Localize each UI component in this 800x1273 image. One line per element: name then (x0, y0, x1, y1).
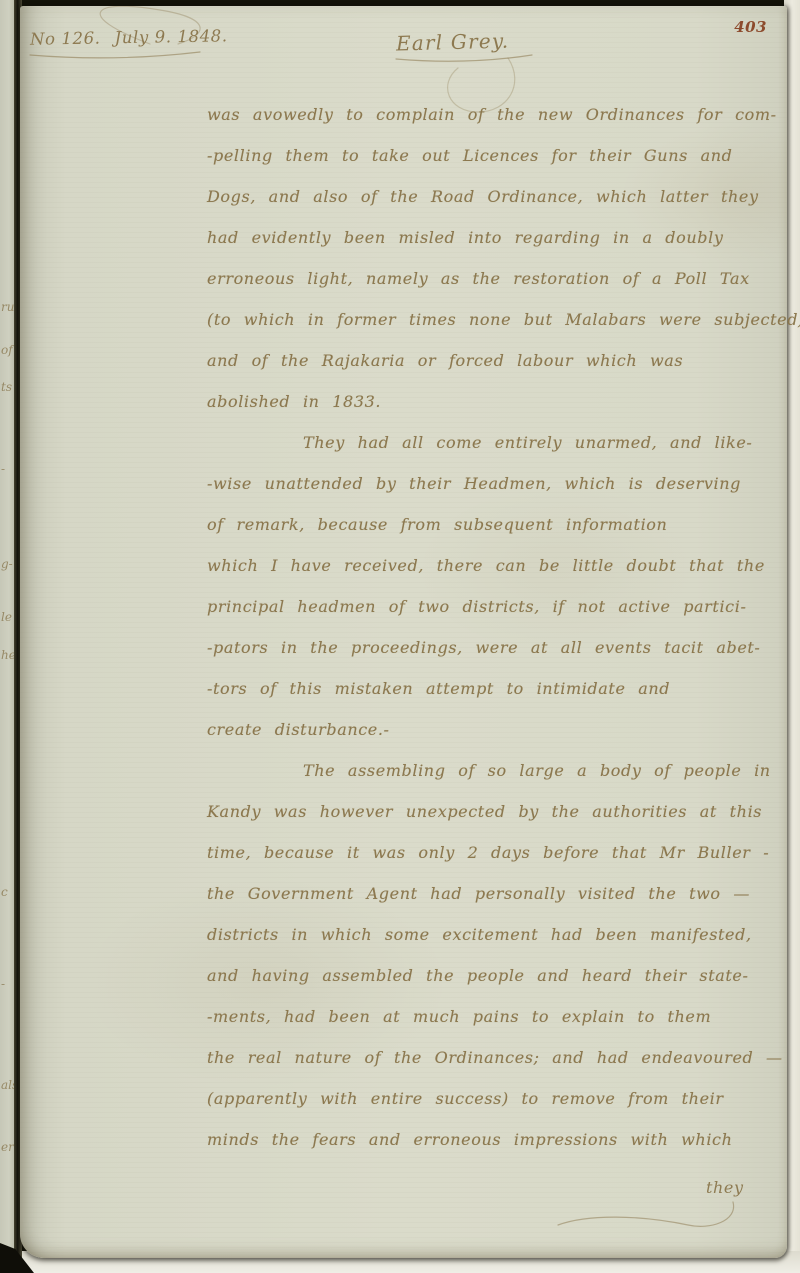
previous-page-text-fragment: g- (1, 557, 15, 571)
manuscript-line: Dogs, and also of the Road Ordinance, wh… (207, 176, 792, 217)
manuscript-line: was avowedly to complain of the new Ordi… (207, 94, 792, 135)
document-number-date: No 126.July 9. 1848. (30, 26, 228, 48)
previous-page-text-fragment: le (1, 610, 15, 624)
manuscript-line: principal headmen of two districts, if n… (207, 586, 792, 627)
manuscript-line: districts in which some excitement had b… (207, 914, 792, 955)
previous-page-edge: ruofts-g-leheyc-alser (0, 0, 15, 1250)
addressee-title: Earl Grey. (396, 29, 510, 56)
manuscript-line: and of the Rajakaria or forced labour wh… (207, 340, 792, 381)
manuscript-line: (to which in former times none but Malab… (207, 299, 792, 340)
manuscript-line: -tors of this mistaken attempt to intimi… (207, 668, 792, 709)
catchword-flourish (558, 1202, 734, 1226)
previous-page-text-fragment: ts (1, 380, 15, 394)
catchword: they (706, 1178, 744, 1197)
manuscript-body: was avowedly to complain of the new Ordi… (207, 94, 792, 1160)
manuscript-line: abolished in 1833. (207, 381, 792, 422)
previous-page-text-fragment: - (1, 977, 15, 991)
document-date: July 9. 1848. (114, 26, 227, 47)
manuscript-line: the Government Agent had personally visi… (207, 873, 792, 914)
manuscript-line: -ments, had been at much pains to explai… (207, 996, 792, 1037)
manuscript-line: create disturbance.- (207, 709, 792, 750)
document-number: No 126. (30, 28, 101, 48)
manuscript-line: erroneous light, namely as the restorati… (207, 258, 792, 299)
addressee-underline (396, 55, 532, 61)
manuscript-line: The assembling of so large a body of peo… (207, 750, 792, 791)
manuscript-page: No 126.July 9. 1848. Earl Grey. 403 was … (20, 6, 787, 1258)
manuscript-line: They had all come entirely unarmed, and … (207, 422, 792, 463)
manuscript-line: (apparently with entire success) to remo… (207, 1078, 792, 1119)
page-number: 403 (734, 18, 767, 36)
previous-page-text-fragment: of (1, 343, 15, 357)
previous-page-text-fragment: - (1, 462, 15, 476)
manuscript-line: time, because it was only 2 days before … (207, 832, 792, 873)
manuscript-scan: ruofts-g-leheyc-alser No 126.July 9. 184… (0, 0, 800, 1273)
manuscript-line: and having assembled the people and hear… (207, 955, 792, 996)
manuscript-line: of remark, because from subsequent infor… (207, 504, 792, 545)
manuscript-line: the real nature of the Ordinances; and h… (207, 1037, 792, 1078)
previous-page-text-fragment: hey (1, 648, 15, 662)
previous-page-text-fragment: er (1, 1140, 15, 1154)
manuscript-line: which I have received, there can be litt… (207, 545, 792, 586)
manuscript-line: had evidently been misled into regarding… (207, 217, 792, 258)
previous-page-text-fragment: als (1, 1078, 15, 1092)
manuscript-line: -pelling them to take out Licences for t… (207, 135, 792, 176)
previous-page-text-fragment: ru (1, 300, 15, 314)
previous-page-text-fragment: c (1, 885, 15, 899)
manuscript-line: -pators in the proceedings, were at all … (207, 627, 792, 668)
manuscript-line: Kandy was however unexpected by the auth… (207, 791, 792, 832)
date-underline (30, 52, 200, 58)
manuscript-line: -wise unattended by their Headmen, which… (207, 463, 792, 504)
manuscript-line: minds the fears and erroneous impression… (207, 1119, 792, 1160)
